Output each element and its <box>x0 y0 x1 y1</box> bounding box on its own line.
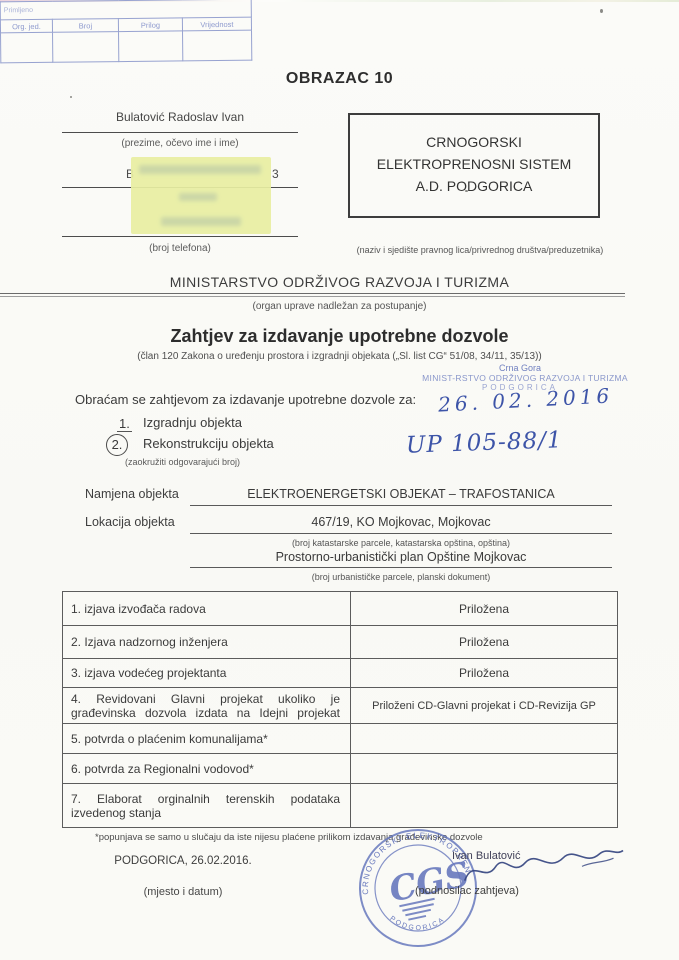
form-legal-basis: (član 120 Zakona o uređenju prostora i i… <box>0 351 679 362</box>
company-name-line3: A.D. PODGORICA <box>350 175 598 197</box>
signer-caption: (podnosilac zahtjeva) <box>415 885 519 897</box>
attachment-value: Priložena <box>351 626 618 659</box>
scanned-form-page: OBRAZAC 10 Bulatović Radoslav Ivan (prez… <box>0 0 679 960</box>
legal-entity-box: CRNOGORSKI ELEKTROPRENOSNI SISTEM A.D. P… <box>348 113 600 218</box>
applicant-name-line <box>62 132 298 133</box>
attachment-row: 6. potvrda za Regionalni vodovod* <box>63 754 618 784</box>
company-name-line2: ELEKTROPRENOSNI SISTEM <box>350 153 598 175</box>
receipt-stamp-ministry: MINIST-RSTVO ODRŽIVOG RAZVOJA I TURIZMA <box>385 373 665 383</box>
option-2-label: Rekonstrukciju objekta <box>143 436 274 451</box>
receipt-stamp-col: Prilog <box>118 18 182 32</box>
applicant-name-caption: (prezime, očevo ime i ime) <box>62 138 298 149</box>
receipt-stamp-col: Vrijednost <box>182 17 251 31</box>
attachment-value <box>351 724 618 754</box>
place-and-date: PODGORICA, 26.02.2016. <box>88 855 278 867</box>
applicant-phone-line <box>62 236 298 237</box>
form-title: Zahtjev za izdavanje upotrebne dozvole <box>0 326 679 347</box>
plan-value: Prostorno-urbanistički plan Opštine Mojk… <box>190 550 612 564</box>
request-intro: Obraćam se zahtjevom za izdavanje upotre… <box>75 392 416 407</box>
scan-speck <box>70 96 72 98</box>
attachment-label: 3. izjava vodećeg projektanta <box>63 659 351 688</box>
option-1-number: 1. <box>117 416 132 432</box>
attachment-row: 3. izjava vodećeg projektantaPriložena <box>63 659 618 688</box>
svg-text:CGS: CGS <box>386 855 473 911</box>
handwritten-case-number: UP 105-88/1 <box>406 427 563 458</box>
scan-speck <box>600 9 603 13</box>
plan-line <box>190 567 612 568</box>
options-caption: (zaokružiti odgovarajući broj) <box>125 457 240 467</box>
location-value: 467/19, KO Mojkovac, Mojkovac <box>190 515 612 529</box>
company-name-line1: CRNOGORSKI <box>350 131 598 153</box>
attachment-label: 6. potvrda za Regionalni vodovod* <box>63 754 351 784</box>
redaction-highlight <box>131 157 271 234</box>
receipt-stamp-table: Primljeno Org. jed. Broj Prilog Vrijedno… <box>0 0 252 63</box>
attachment-row: 5. potvrda o plaćenim komunalijama* <box>63 724 618 754</box>
address-fragment: 3 <box>272 167 279 181</box>
legal-entity-caption: (naziv i sjedište pravnog lica/privredno… <box>320 245 640 255</box>
attachment-row: 1. izjava izvođača radovaPriložena <box>63 592 618 626</box>
attachment-value: Priložena <box>351 659 618 688</box>
ministry-underline <box>0 293 625 297</box>
attachment-row: 7. Elaborat orginalnih terenskih podatak… <box>63 784 618 828</box>
receipt-stamp-col: Org. jed. <box>0 19 52 33</box>
attachment-row: 2. Izjava nadzornog inženjeraPriložena <box>63 626 618 659</box>
option-2-number-circled: 2. <box>106 434 128 456</box>
attachment-value <box>351 754 618 784</box>
attachment-value <box>351 784 618 828</box>
receipt-stamp-empty-row <box>1 30 252 63</box>
attachment-row: 4. Revidovani Glavni projekat ukoliko je… <box>63 688 618 724</box>
place-date-caption: (mjesto i datum) <box>88 886 278 898</box>
plan-caption: (broj urbanističke parcele, planski doku… <box>190 572 612 582</box>
attachment-label: 4. Revidovani Glavni projekat ukoliko je… <box>63 688 351 724</box>
purpose-line <box>190 505 612 506</box>
attachment-value: Priložena <box>351 592 618 626</box>
location-line <box>190 533 612 534</box>
receipt-stamp-country: Crna Gora <box>400 363 640 373</box>
purpose-value: ELEKTROENERGETSKI OBJEKAT – TRAFOSTANICA <box>190 487 612 501</box>
attachment-label: 5. potvrda o plaćenim komunalijama* <box>63 724 351 754</box>
attachment-label: 2. Izjava nadzornog inženjera <box>63 626 351 659</box>
location-label: Lokacija objekta <box>85 515 175 529</box>
form-code-title: OBRAZAC 10 <box>0 70 679 88</box>
ministry-caption: (organ uprave nadležan za postupanje) <box>0 301 679 312</box>
receipt-stamp-col: Broj <box>52 19 118 33</box>
attachment-value: Priloženi CD-Glavni projekat i CD-Revizi… <box>351 688 618 724</box>
option-1-label: Izgradnju objekta <box>143 415 242 430</box>
location-caption: (broj katastarske parcele, katastarska o… <box>190 538 612 548</box>
attachments-table: 1. izjava izvođača radovaPriložena2. Izj… <box>62 591 618 828</box>
purpose-label: Namjena objekta <box>85 487 179 501</box>
applicant-phone-caption: (broj telefona) <box>62 243 298 254</box>
applicant-name: Bulatović Radoslav Ivan <box>62 110 298 124</box>
attachment-label: 1. izjava izvođača radova <box>63 592 351 626</box>
ministry-name: MINISTARSTVO ODRŽIVOG RAZVOJA I TURIZMA <box>0 274 679 290</box>
attachment-label: 7. Elaborat orginalnih terenskih podatak… <box>63 784 351 828</box>
